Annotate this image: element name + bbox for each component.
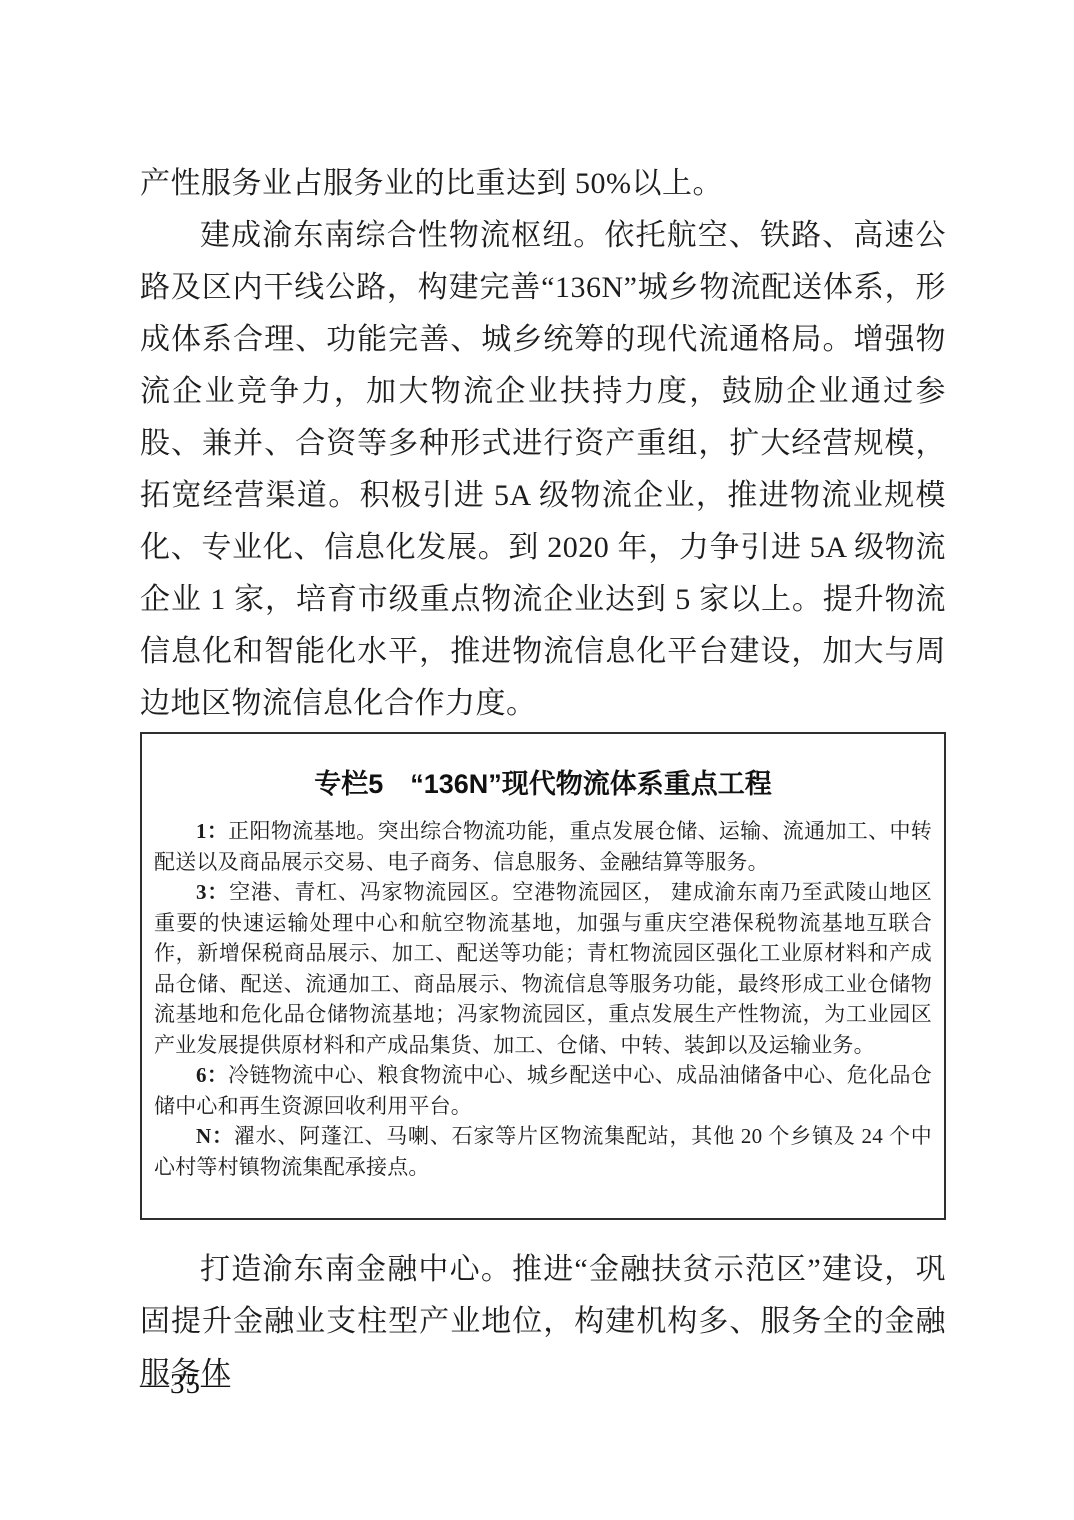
page-number: —35—	[140, 1366, 231, 1402]
box-item-6-text: 冷链物流中心、粮食物流中心、城乡配送中心、成品油储备中心、危化品仓储中心和再生资…	[154, 1063, 932, 1118]
callout-box-column5: 专栏5 “136N”现代物流体系重点工程 1：正阳物流基地。突出综合物流功能，重…	[140, 732, 946, 1220]
box-item-1-text: 正阳物流基地。突出综合物流功能，重点发展仓储、运输、流通加工、中转配送以及商品展…	[154, 819, 932, 874]
box-item-6-label: 6：	[196, 1063, 228, 1087]
box-item-n: N：濯水、阿蓬江、马喇、石家等片区物流集配站，其他 20 个乡镇及 24 个中心…	[154, 1121, 932, 1182]
box-item-1: 1：正阳物流基地。突出综合物流功能，重点发展仓储、运输、流通加工、中转配送以及商…	[154, 816, 932, 877]
box-item-n-label: N：	[196, 1124, 234, 1148]
box-item-3: 3：空港、青杠、冯家物流园区。空港物流园区， 建成渝东南乃至武陵山地区重要的快速…	[154, 877, 932, 1060]
box-item-6: 6：冷链物流中心、粮食物流中心、城乡配送中心、成品油储备中心、危化品仓储中心和再…	[154, 1060, 932, 1121]
box-item-n-text: 濯水、阿蓬江、马喇、石家等片区物流集配站，其他 20 个乡镇及 24 个中心村等…	[154, 1124, 932, 1179]
callout-box-title: 专栏5 “136N”现代物流体系重点工程	[154, 766, 932, 802]
page-content: 产性服务业占服务业的比重达到 50%以上。 建成渝东南综合性物流枢纽。依托航空、…	[140, 158, 946, 1400]
box-item-3-text: 空港、青杠、冯家物流园区。空港物流园区， 建成渝东南乃至武陵山地区重要的快速运输…	[154, 880, 932, 1057]
document-page: 产性服务业占服务业的比重达到 50%以上。 建成渝东南综合性物流枢纽。依托航空、…	[0, 0, 1074, 1520]
box-item-3-label: 3：	[196, 880, 229, 904]
body-paragraph-logistics-hub: 建成渝东南综合性物流枢纽。依托航空、铁路、高速公路及区内干线公路，构建完善“13…	[140, 210, 946, 730]
body-paragraph-finance-center: 打造渝东南金融中心。推进“金融扶贫示范区”建设，巩固提升金融业支柱型产业地位，构…	[140, 1244, 946, 1400]
body-paragraph-continuation: 产性服务业占服务业的比重达到 50%以上。	[140, 158, 946, 210]
box-item-1-label: 1：	[196, 819, 228, 843]
